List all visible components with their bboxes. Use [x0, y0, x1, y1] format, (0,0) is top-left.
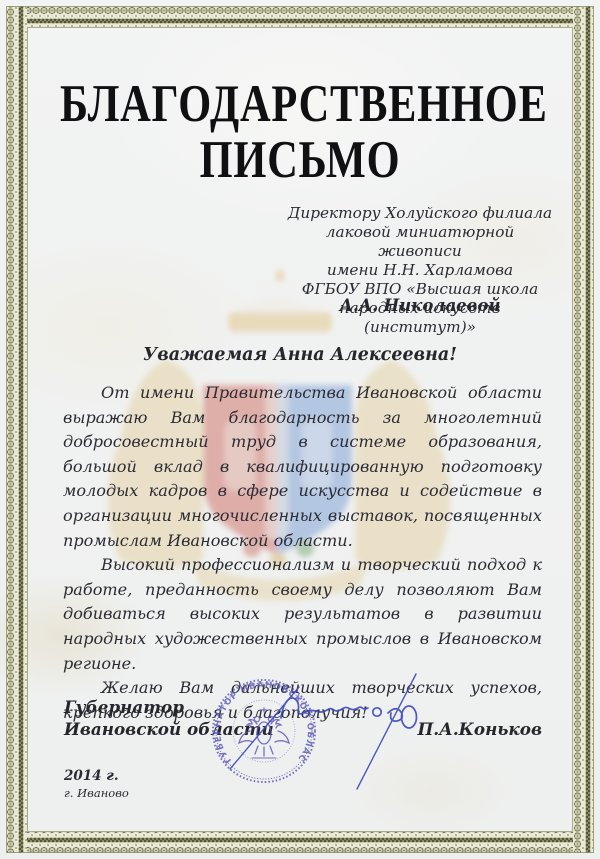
certificate-page: БЛАГОДАРСТВЕННОЕ ПИСЬМО Директору Холуйс… — [0, 0, 600, 859]
handwritten-signature — [230, 674, 417, 789]
round-stamp: ГУБЕРНАТОР ИВАНОВСКОЙ ОБЛАСТИ — [0, 0, 315, 782]
svg-text:ГУБЕРНАТОР ИВАНОВСКОЙ ОБЛАСТ: ГУБЕРНАТОР ИВАНОВСКОЙ ОБЛАСТИ — [0, 0, 315, 765]
stamp-ring-text: ГУБЕРНАТОР ИВАНОВСКОЙ ОБЛАСТИ — [0, 0, 315, 765]
official-stamp-and-signature: ГУБЕРНАТОР ИВАНОВСКОЙ ОБЛАСТИ — [0, 0, 600, 859]
